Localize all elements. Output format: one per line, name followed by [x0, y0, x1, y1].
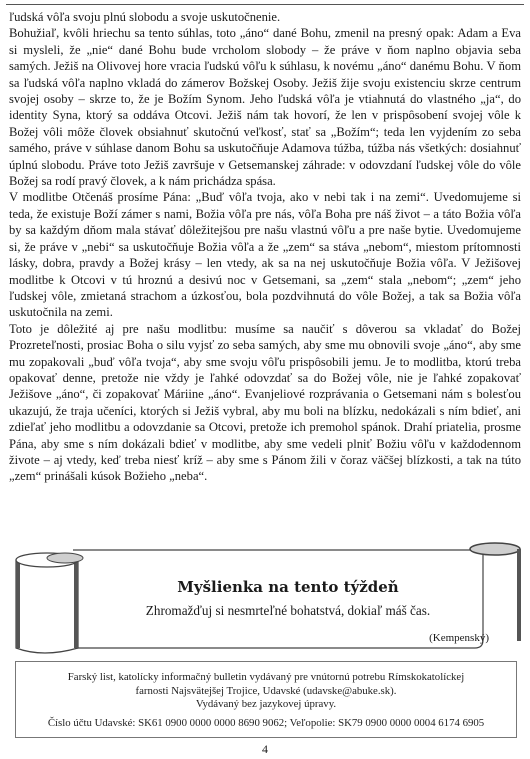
- article-paragraph: Toto je dôležité aj pre našu modlitbu: m…: [9, 321, 521, 485]
- footer-line: farnosti Najsvätejšej Trojice, Udavské (…: [16, 685, 516, 699]
- article-body: ľudská vôľa svoju plnú slobodu a svoje u…: [9, 9, 521, 485]
- publication-info-box: Farský list, katolícky informačný bullet…: [15, 661, 517, 738]
- thought-author: (Kempenský): [429, 632, 489, 644]
- article-paragraph: Bohužiaľ, kvôli hriechu sa tento súhlas,…: [9, 25, 521, 189]
- bank-accounts: Číslo účtu Udavské: SK61 0900 0000 0000 …: [16, 717, 516, 731]
- thought-quote: Zhromažďuj si nesmrteľné bohatstvá, doki…: [13, 603, 523, 619]
- thought-of-week-scroll: Myšlienka na tento týždeň Zhromažďuj si …: [13, 540, 523, 658]
- top-rule: [6, 4, 524, 5]
- thought-title: Myšlienka na tento týždeň: [13, 578, 523, 596]
- article-paragraph: V modlitbe Otčenáš prosíme Pána: „Buď vô…: [9, 189, 521, 320]
- page-number: 4: [0, 742, 530, 757]
- footer-line: Vydávaný bez jazykovej úpravy.: [16, 698, 516, 712]
- footer-line: Farský list, katolícky informačný bullet…: [16, 671, 516, 685]
- article-paragraph: ľudská vôľa svoju plnú slobodu a svoje u…: [9, 9, 521, 25]
